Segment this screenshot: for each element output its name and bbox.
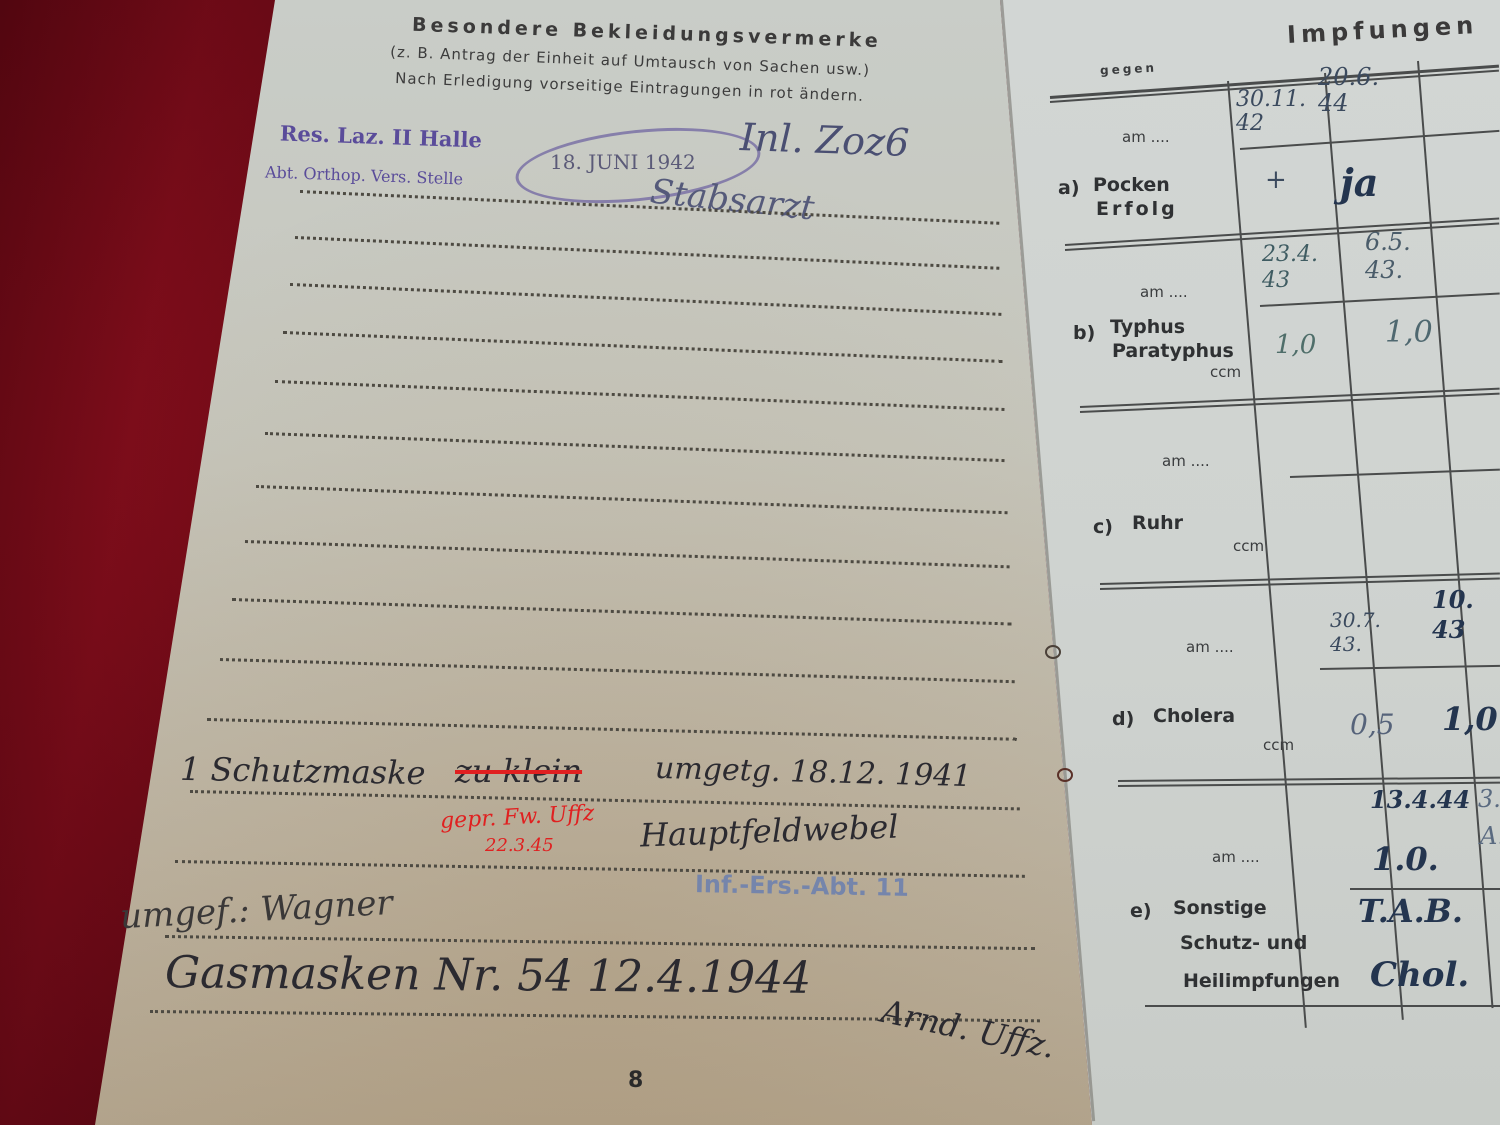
handwritten-signature-1: Inl. Zoz6 bbox=[739, 115, 910, 165]
row-c-date-label: am .... bbox=[1162, 452, 1210, 470]
table-rule bbox=[1145, 1005, 1500, 1007]
row-e-letter: e) bbox=[1130, 900, 1152, 922]
row-e-label-3: Heilimpfungen bbox=[1183, 970, 1340, 992]
cell-divider bbox=[1350, 888, 1500, 890]
entry-gasmask-item: 1 Schutzmaske bbox=[180, 750, 426, 792]
row-e-value-2: T.A.B. bbox=[1358, 892, 1463, 930]
row-b-label: Typhus bbox=[1110, 316, 1185, 338]
column-header-against: gegen bbox=[1100, 61, 1158, 78]
row-b-label-2: Paratyphus bbox=[1112, 340, 1234, 362]
row-b-unit: ccm bbox=[1210, 363, 1241, 381]
row-c-label: Ruhr bbox=[1132, 512, 1183, 534]
staple-bottom bbox=[1057, 768, 1073, 782]
row-a-label-2: Erfolg bbox=[1096, 198, 1178, 220]
row-e-date-1: 13.4.44 bbox=[1370, 785, 1470, 814]
row-a-label: Pocken bbox=[1093, 174, 1170, 196]
row-e-label: Sonstige bbox=[1173, 897, 1267, 919]
row-c-unit: ccm bbox=[1233, 537, 1264, 555]
row-d-value-2: 1,0 bbox=[1442, 700, 1498, 738]
row-b-date-2: 6.5. 43. bbox=[1365, 228, 1435, 284]
row-c-letter: c) bbox=[1093, 516, 1113, 538]
date-stamp: 18. JUNI 1942 bbox=[550, 150, 696, 174]
row-b-value-1: 1,0 bbox=[1275, 330, 1316, 360]
unit-stamp: Inf.-Ers.-Abt. 11 bbox=[695, 870, 909, 902]
row-a-date-2: 20.6. 44 bbox=[1318, 64, 1398, 116]
row-e-value-3: Chol. bbox=[1370, 955, 1469, 995]
row-a-date-label: am .... bbox=[1122, 128, 1170, 146]
page-number: 8 bbox=[628, 1068, 643, 1093]
row-a-value-2: ja bbox=[1340, 160, 1378, 205]
row-e-date-2: 3. bbox=[1478, 785, 1500, 813]
row-d-date-label: am .... bbox=[1186, 638, 1234, 656]
row-d-date-2: 10. 43 bbox=[1432, 585, 1500, 645]
row-b-date-label: am .... bbox=[1140, 283, 1188, 301]
entry-struck-text: zu klein bbox=[455, 752, 582, 790]
entry-gasmask-number: Gasmasken Nr. 54 12.4.1944 bbox=[165, 947, 812, 1004]
row-b-date-1: 23.4. 43 bbox=[1262, 242, 1332, 294]
row-d-label: Cholera bbox=[1153, 705, 1235, 727]
row-a-date-1: 30.11. 42 bbox=[1236, 88, 1316, 136]
row-e-label-2: Schutz- und bbox=[1180, 932, 1307, 954]
row-d-date-1: 30.7. 43. bbox=[1330, 608, 1390, 656]
row-e-value-1: 1.0. bbox=[1372, 840, 1439, 878]
row-b-value-2: 1,0 bbox=[1385, 315, 1433, 350]
row-b-letter: b) bbox=[1073, 322, 1095, 344]
staple-top bbox=[1045, 645, 1061, 659]
row-d-letter: d) bbox=[1112, 708, 1134, 730]
red-inspection-date: 22.3.45 bbox=[485, 835, 554, 856]
row-e-date-label: am .... bbox=[1212, 848, 1260, 866]
row-a-value-1: + bbox=[1265, 165, 1287, 195]
row-d-value-1: 0,5 bbox=[1350, 708, 1395, 741]
row-e-value-1b: A. bbox=[1480, 822, 1500, 850]
row-d-unit: ccm bbox=[1263, 736, 1294, 754]
row-a-letter: a) bbox=[1058, 177, 1080, 199]
